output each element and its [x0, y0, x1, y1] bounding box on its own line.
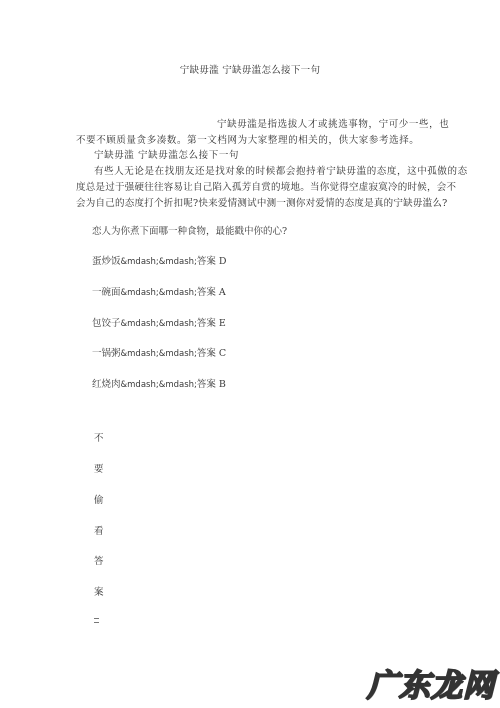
option-answer: 答案 B [197, 379, 226, 390]
option-food: 红烧肉 [92, 379, 121, 390]
vertical-char: 答 [94, 553, 104, 567]
equals-mark-icon [94, 618, 99, 623]
option-food: 蛋炒饭 [92, 256, 121, 267]
option-separator: &mdash;&mdash; [121, 380, 197, 390]
intro-line-2: 不要不顾质量贪多凑数。第一文档网为大家整理的相关的，供大家参考选择。 [76, 132, 419, 146]
option-answer: 答案 C [197, 348, 226, 359]
option-separator: &mdash;&mdash; [121, 257, 197, 267]
paragraph-line-2: 度总是过于强硬往往容易让自己陷入孤芳自赏的境地。当你觉得空虚寂寞冷的时候，会不 [76, 179, 456, 193]
quiz-option: 一锅粥&mdash;&mdash;答案 C [92, 345, 226, 359]
option-answer: 答案 D [197, 256, 227, 267]
document-subtitle: 宁缺毋滥 宁缺毋滥怎么接下一句 [94, 147, 239, 161]
option-food: 包饺子 [92, 318, 121, 329]
quiz-option: 红烧肉&mdash;&mdash;答案 B [92, 376, 226, 390]
vertical-char: 要 [94, 461, 104, 475]
quiz-question: 恋人为你煮下面哪一种食物，最能戳中你的心? [92, 223, 287, 237]
document-title: 宁缺毋滥 宁缺毋滥怎么接下一句 [0, 62, 500, 76]
option-food: 一锅粥 [92, 348, 121, 359]
quiz-option: 包饺子&mdash;&mdash;答案 E [92, 315, 226, 329]
paragraph-line-3: 会为自己的态度打个折扣呢?快来爱情测试中测一测你对爱情的态度是真的宁缺毋滥么? [76, 195, 447, 209]
intro-line-1: 宁缺毋滥是指选拔人才或挑选事物，宁可少一些，也 [217, 116, 449, 130]
vertical-char: 看 [94, 523, 104, 537]
quiz-option: 一碗面&mdash;&mdash;答案 A [92, 284, 226, 298]
vertical-char: 案 [94, 584, 104, 598]
vertical-char: 不 [94, 430, 104, 444]
option-food: 一碗面 [92, 287, 121, 298]
option-separator: &mdash;&mdash; [121, 349, 197, 359]
option-separator: &mdash;&mdash; [121, 319, 197, 329]
watermark-logo: 广东龙网 [367, 660, 495, 705]
option-separator: &mdash;&mdash; [121, 288, 197, 298]
option-answer: 答案 A [197, 287, 226, 298]
paragraph-line-1: 有些人无论是在找朋友还是找对象的时候都会抱持着宁缺毋滥的态度，这中孤傲的态 [94, 163, 468, 177]
document-page: 宁缺毋滥 宁缺毋滥怎么接下一句 宁缺毋滥是指选拔人才或挑选事物，宁可少一些，也 … [0, 0, 500, 708]
vertical-char: 偷 [94, 492, 104, 506]
option-answer: 答案 E [197, 318, 226, 329]
quiz-option: 蛋炒饭&mdash;&mdash;答案 D [92, 253, 227, 267]
